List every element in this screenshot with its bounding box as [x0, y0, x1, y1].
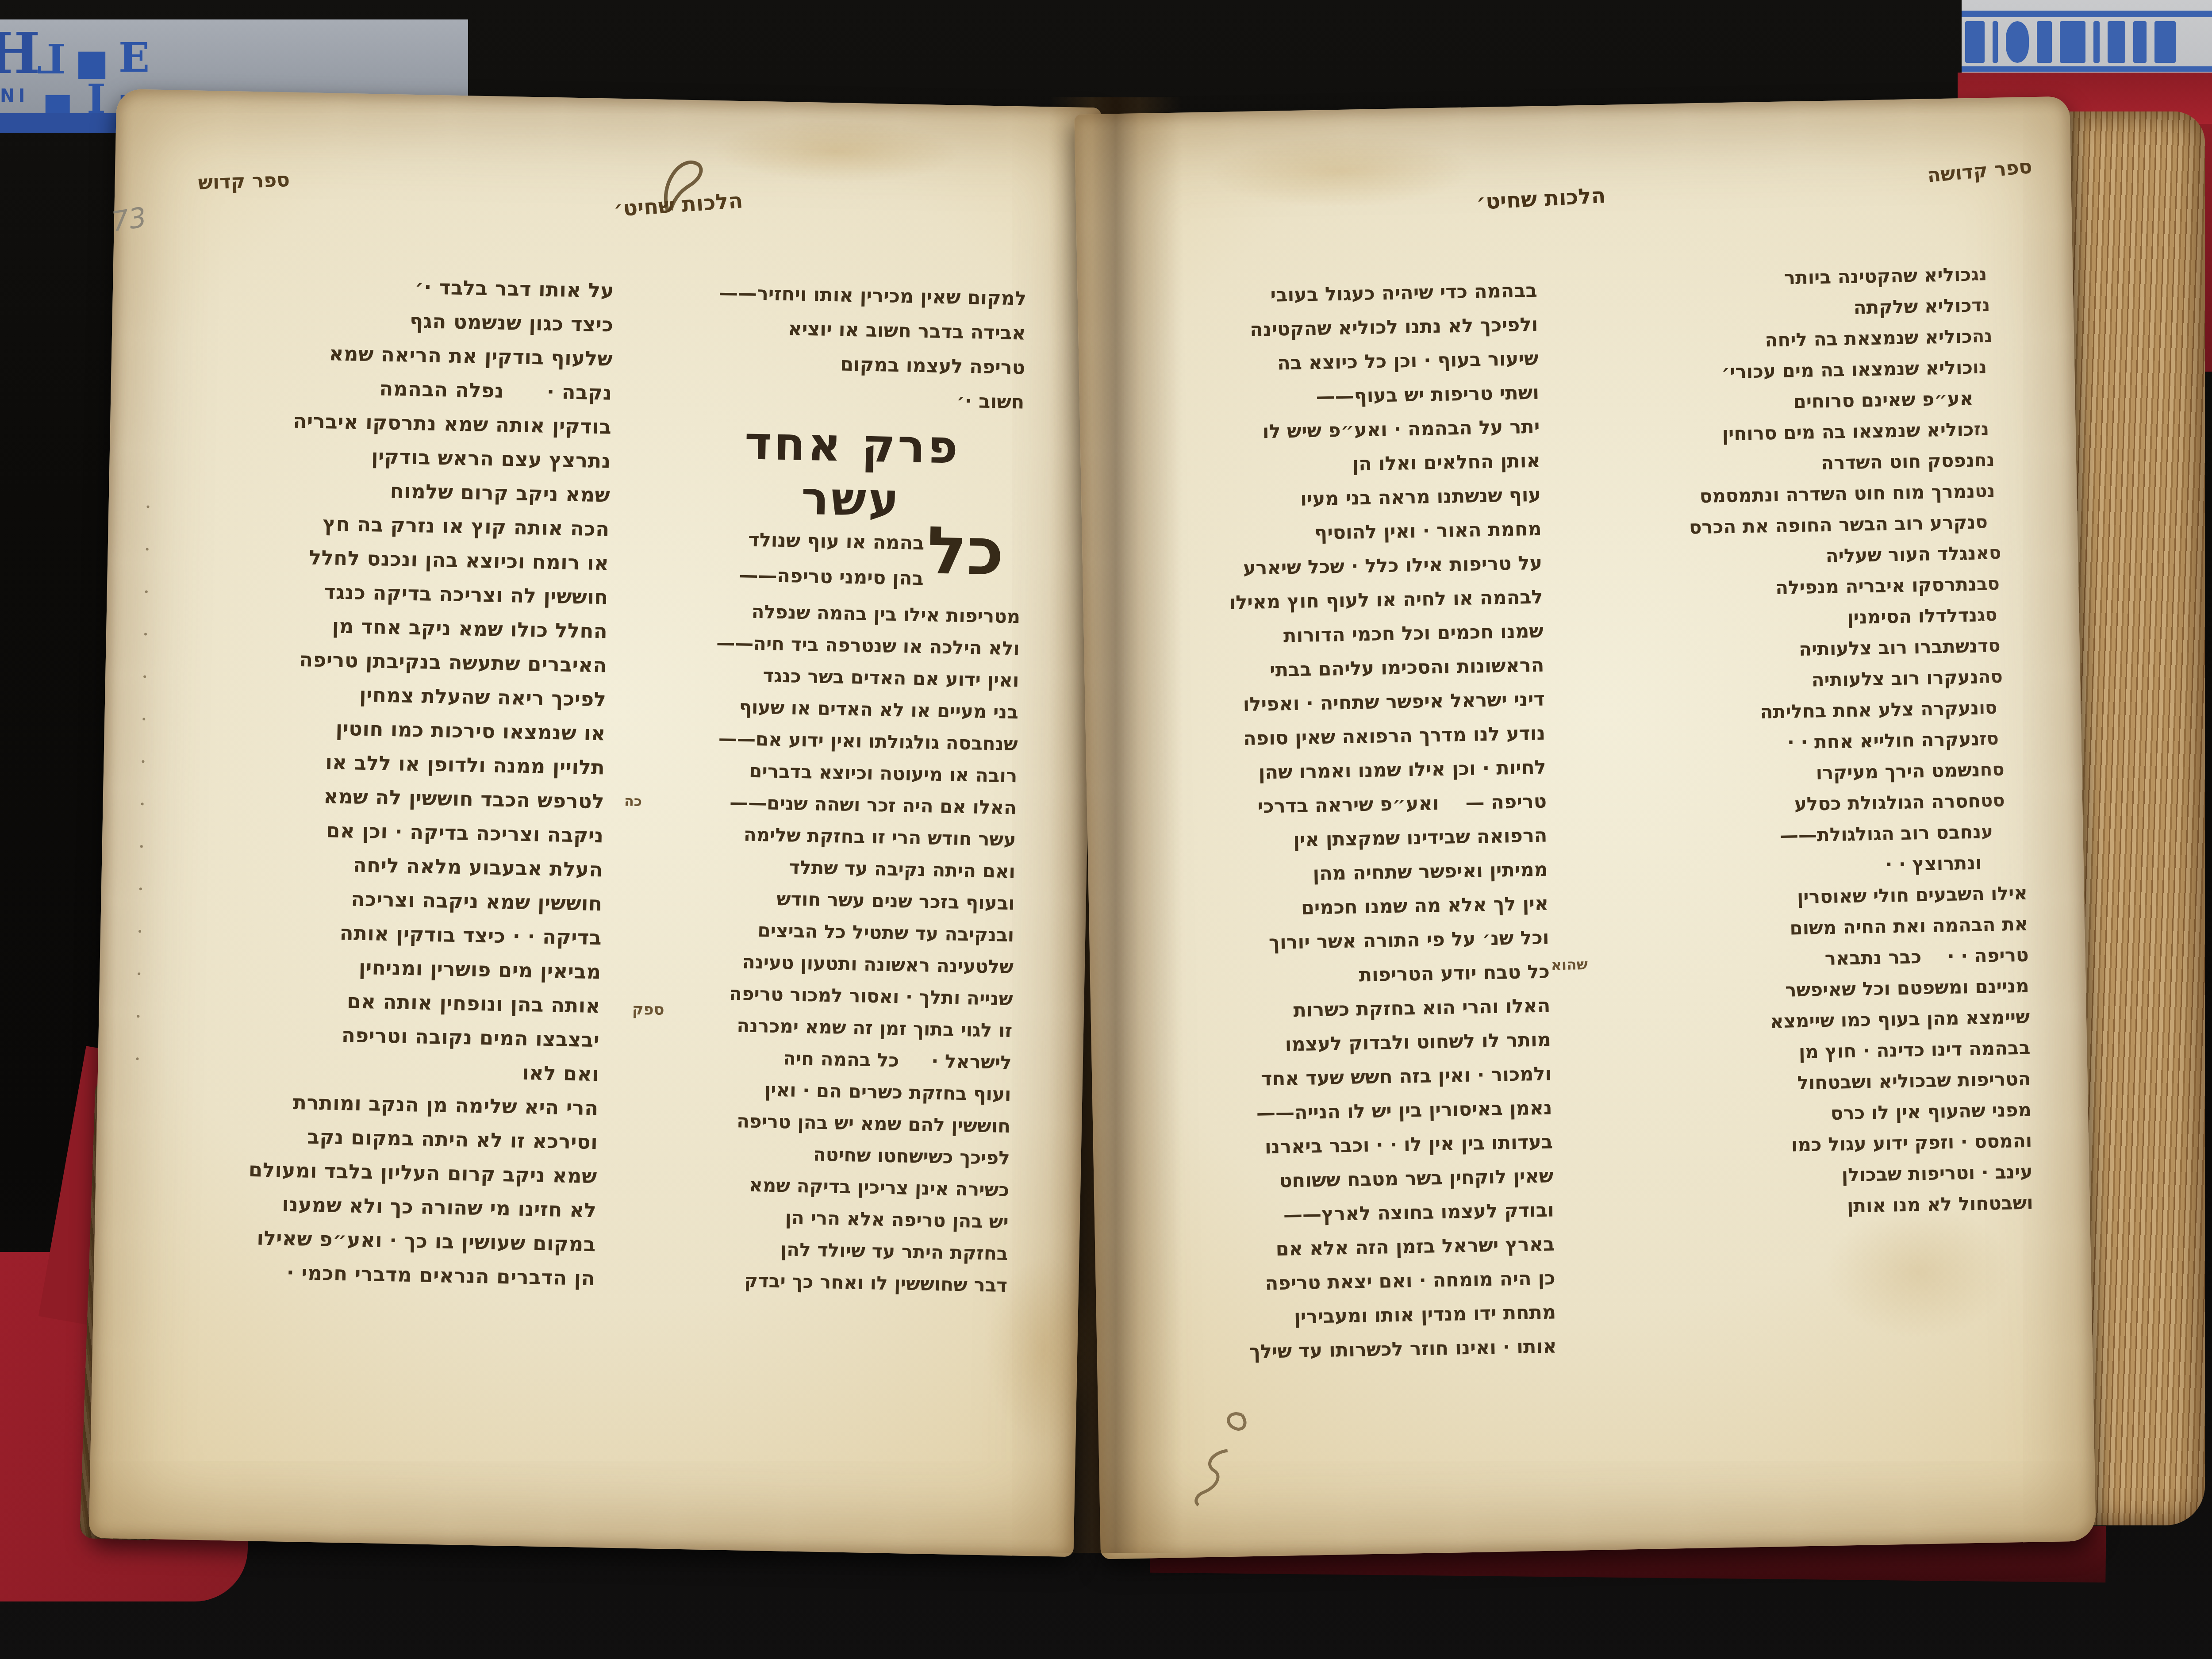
initial-word-kol: כל [926, 515, 1021, 588]
lines-beside-initial: בהמה או עוף שנולדבהן סימני טריפה—— [691, 521, 925, 596]
halakhah-number-letter: סה [1978, 661, 2024, 693]
calibration-glyph: L [37, 39, 66, 80]
halakhah-number-letter: סז [1979, 723, 2025, 755]
manuscript-text-line: כן היה מומחה · ואם יצאת טריפה [1205, 1261, 1555, 1302]
halakhah-number-letter [1982, 847, 2027, 879]
margin-note-halakhah-number: כה [624, 792, 642, 810]
manuscript-text-line: שאין לוקחין בשר מטבח ששוחט [1203, 1159, 1554, 1200]
halakhah-number-letter: סד [1978, 630, 2023, 662]
manuscript-text-line: אותו · ואינו חוזר לכשרותו עד שילך [1206, 1329, 1557, 1370]
halakhah-number-letter: נה [1972, 320, 2017, 352]
manuscript-text-line: אותן החלאים ואלו הן [1190, 444, 1540, 485]
right-page: הלכות שחיט׳ ספר קדושה בבהמה כדי שיהיה כע… [1074, 96, 2096, 1559]
calibration-rule-line [1962, 11, 2212, 17]
manuscript-text-line: שמנו חכמים וכל חכמי הדורות [1193, 614, 1544, 655]
calibration-letters: NI [0, 86, 28, 106]
pen-trial-mark [1189, 1407, 1271, 1541]
halakhah-number-letter: סג [1977, 599, 2023, 631]
manuscript-text-line: בבהמה כדי שיהיה כעגול בעובי [1187, 274, 1537, 315]
calibration-glyph: E [119, 37, 150, 78]
halakhah-number-letter: ע [1981, 816, 2027, 848]
manuscript-text-line: לחיות · וכן אילו שמנו ואמרו שהן [1195, 751, 1546, 791]
color-calibration-strip-right [1962, 0, 2212, 74]
halakhah-number-letter: סא [1976, 537, 2021, 569]
manuscript-text-line: בהן סימני טריפה—— [691, 557, 924, 596]
manuscript-text-line: עוף שנשתנו מראה בני מעיו [1190, 478, 1541, 519]
manuscript-text-line: טריפה לעצמו במקום [695, 344, 1025, 385]
manuscript-text-line: הן הדברים הנראים מדברי חכמי · [190, 1254, 595, 1296]
manuscript-text-line: חשוב ·׳ [695, 379, 1025, 419]
manuscript-photograph: H NI L ■ E ■ I ■ ספר קדוש הלכות שחיט׳ 73 [0, 0, 2212, 1659]
margin-gloss-shehu: שהוא [1551, 956, 1588, 974]
right-page-outer-column-list: נג כוליא שהקטינה ביותר נד כוליא שלקתה נה… [1596, 258, 2027, 885]
manuscript-text-line: דבר שחוששין לו ואחר כך יבדק [678, 1263, 1008, 1302]
manuscript-text-line: וכל שנ׳ על פי התורה אשר יורוך [1198, 921, 1549, 962]
manuscript-text-line: הרפואה שבידינו שמקצתן אין [1197, 819, 1548, 860]
calibration-bar-pattern [1965, 21, 2184, 63]
manuscript-text-line: ושתי טריפות יש בעוף—— [1188, 376, 1539, 417]
manuscript-text-line: שנייה ותלך · ואסור למכור טריפה [683, 977, 1013, 1015]
halakhah-number-letter: נג [1971, 258, 2016, 290]
halakhah-number-letter: סט [1980, 785, 2026, 817]
manuscript-text-line: אבידה בדבר חשוב או יוציא [696, 310, 1026, 350]
running-header-sefer-kedushah: ספר קדושה [1926, 155, 2033, 187]
halakhah-number-letter: נד [1971, 289, 2017, 321]
chapter-heading-perek-ahad-asar: פרק אחד עשר [687, 415, 1017, 529]
halakhah-number-letter: סו [1979, 692, 2024, 724]
manuscript-text-line: בהמה או עוף שנולד [692, 521, 925, 561]
left-page-outer-column: על אותו דבר בלבד ·׳כיצד כגון שנשמט הגףשל… [190, 266, 614, 1295]
left-page-inner-column: מטריפות אילו בין בהמה שנפלהולא הילכה או … [678, 595, 1021, 1302]
calibration-rule-line [1962, 66, 2212, 72]
manuscript-text-line: ובודק לעצמו בחוצה לארץ—— [1203, 1193, 1554, 1234]
manuscript-text-line: ולפיכך לא נתנו לכוליא שהקטינה [1187, 308, 1538, 349]
manuscript-text-line: לבהמה או לחיה או לעוף חוץ מאילו [1192, 580, 1543, 621]
left-page: ספר קדוש הלכות שחיט׳ 73 על אותו דבר בלבד… [89, 89, 1101, 1557]
manuscript-text-line: כל טבח יודע הטריפות [1199, 955, 1550, 996]
manuscript-text-line: ולא הילכה או שנטרפה ביד חיה—— [690, 626, 1020, 664]
running-header-hilkhot-shehitah: הלכות שחיט׳ [613, 188, 744, 222]
folio-number-pencil: 73 [109, 201, 149, 238]
manuscript-text-line: הראשונות והסכימו עליהם בבתי [1194, 649, 1544, 689]
manuscript-text-line: בעדותו בין אין לו · · וכבר ביארנו [1202, 1125, 1553, 1166]
halakhah-number-letter: נט [1975, 475, 2020, 507]
manuscript-text-line: מותר לו לשחוט ולבדוק לעצמו [1200, 1023, 1551, 1064]
manuscript-text-line: שיעור בעוף · וכן כל כיוצא בה [1188, 342, 1539, 383]
halakhah-number-letter: ס [1975, 506, 2021, 538]
halakhah-number-letter [1973, 382, 2019, 414]
halakhah-number-letter: נז [1974, 413, 2019, 445]
running-header-hilkhot-shehitah: הלכות שחיט׳ [1476, 183, 1606, 215]
manuscript-text-line: שנחבסה גולגולתו ואין ידוע אם—— [688, 722, 1018, 760]
manuscript-text-line: האלו והרי הוא בחזקת כשרות [1200, 989, 1551, 1030]
manuscript-text-line: יתר על הבהמה · ואע״פ שיש לו [1189, 410, 1540, 451]
manuscript-text-line: ולמכור · ואין בזה חשש שעד אחד [1201, 1057, 1552, 1098]
calibration-glyph: ■ [42, 84, 73, 113]
calibration-glyph: I [87, 79, 106, 113]
manuscript-text-line: האלו אם היה זכר ושהה שנים—— [687, 786, 1017, 824]
right-page-inner-column: בבהמה כדי שיהיה כעגול בעוביולפיכך לא נתנ… [1187, 274, 1557, 1370]
halakhah-number-letter: סח [1980, 754, 2025, 786]
manuscript-text-line: על טריפות אילו כלל · שכל שיארע [1191, 546, 1542, 587]
manuscript-text-line: ממיתין ואיפשר שתחיה מהן [1197, 853, 1548, 894]
manuscript-text-line: נאמן באיסורין בין יש לו הנייה—— [1202, 1091, 1552, 1132]
manuscript-text-line: טריפה — ואע״פ שיראה בדרכי [1196, 785, 1547, 826]
halakhah-number-letter: סב [1976, 568, 2022, 600]
manuscript-text-line: אין לך אלא מה שמנו חכמים [1198, 887, 1549, 928]
right-page-outer-column-text: אילו השבעים חולי שאוסריןאת הבהמה ואת החי… [1607, 878, 2033, 1226]
manuscript-text-line: דיני ישראל איפשר שתחיה · ואפילו [1194, 683, 1545, 723]
manuscript-text-line: מחמת האור · ואין להוסיף [1191, 512, 1542, 553]
running-header-sefer: ספר קדוש [198, 169, 290, 194]
calibration-letter: H [0, 20, 40, 87]
manuscript-text-line: נודע לנו מדרך הרפואה שאין סופה [1195, 717, 1546, 757]
left-page-inner-column-top: למקום שאין מכירין אותו ויחזיר——אבידה בדב… [695, 275, 1027, 419]
manuscript-text-line: בארץ ישראל בזמן הזה אלא אם [1204, 1227, 1555, 1268]
halakhah-number-letter: נו [1972, 351, 2018, 383]
margin-note-safek: ספק [632, 1001, 664, 1019]
halakhah-number-letter: נח [1974, 444, 2020, 476]
manuscript-text-line: למקום שאין מכירין אותו ויחזיר—— [696, 275, 1026, 316]
manuscript-text-line: מתחת ידו מנדין אותו ומעבירין [1205, 1295, 1556, 1336]
